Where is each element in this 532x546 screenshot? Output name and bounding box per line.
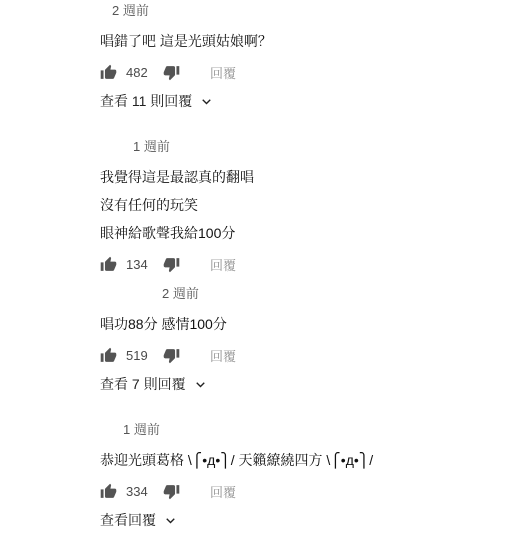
thumb-down-icon[interactable]: [163, 483, 180, 500]
thumb-down-icon[interactable]: [163, 64, 180, 81]
like-count: 519: [126, 348, 160, 363]
comment-body: 恭迎光頭葛格 \⎧•д•⎫/ 天籟繚繞四方 \⎧•д•⎫/: [100, 446, 530, 474]
reply-button[interactable]: 回覆: [210, 63, 236, 82]
comment-timestamp[interactable]: 2 週前: [162, 286, 199, 302]
like-count: 482: [126, 65, 160, 80]
comment-actions: 334 回覆: [100, 481, 530, 501]
reply-button[interactable]: 回覆: [210, 482, 236, 501]
view-replies-toggle[interactable]: 查看回覆: [100, 511, 530, 529]
view-replies-label: 查看 11 則回覆: [100, 91, 192, 111]
reply-button[interactable]: 回覆: [210, 346, 236, 365]
view-replies-label: 查看 7 則回覆: [100, 374, 186, 394]
reply-button[interactable]: 回覆: [210, 255, 236, 274]
comment: 2 週前 唱錯了吧 這是光頭姑娘啊？ 482 回覆 查看 11 則回覆: [100, 2, 530, 110]
view-replies-toggle[interactable]: 查看 11 則回覆: [100, 92, 530, 110]
chevron-down-icon: [163, 513, 178, 528]
comment-text-line: 唱錯了吧 這是光頭姑娘啊？: [100, 27, 530, 55]
comment-actions: 482 回覆: [100, 62, 530, 82]
comment-text-line: 恭迎光頭葛格 \⎧•д•⎫/ 天籟繚繞四方 \⎧•д•⎫/: [100, 446, 530, 474]
comment-body: 我覺得這是最認真的翻唱 沒有任何的玩笑 眼神給歌聲我給100分: [100, 163, 530, 247]
comment-timestamp[interactable]: 1 週前: [123, 422, 160, 438]
comment-text-line: 我覺得這是最認真的翻唱: [100, 163, 530, 191]
chevron-down-icon: [193, 377, 208, 392]
comment-text-line: 沒有任何的玩笑: [100, 191, 530, 219]
comment-body: 唱錯了吧 這是光頭姑娘啊？: [100, 27, 530, 55]
like-count: 334: [126, 484, 160, 499]
comment: 1 週前 我覺得這是最認真的翻唱 沒有任何的玩笑 眼神給歌聲我給100分 134…: [100, 138, 530, 274]
thumb-up-icon[interactable]: [100, 347, 117, 364]
thumb-down-icon[interactable]: [163, 347, 180, 364]
thumb-up-icon[interactable]: [100, 256, 117, 273]
comment-text-line: 眼神給歌聲我給100分: [100, 219, 530, 247]
comment-timestamp[interactable]: 2 週前: [112, 3, 149, 19]
view-replies-label: 查看回覆: [100, 510, 156, 530]
comment: 2 週前 唱功88分 感情100分 519 回覆 查看 7 則回覆: [100, 285, 530, 393]
comment-timestamp[interactable]: 1 週前: [133, 139, 170, 155]
thumb-up-icon[interactable]: [100, 64, 117, 81]
comment-actions: 134 回覆: [100, 254, 530, 274]
comment-body: 唱功88分 感情100分: [100, 310, 530, 338]
thumb-down-icon[interactable]: [163, 256, 180, 273]
like-count: 134: [126, 257, 160, 272]
thumb-up-icon[interactable]: [100, 483, 117, 500]
comment-text-line: 唱功88分 感情100分: [100, 310, 530, 338]
view-replies-toggle[interactable]: 查看 7 則回覆: [100, 375, 530, 393]
comment: 1 週前 恭迎光頭葛格 \⎧•д•⎫/ 天籟繚繞四方 \⎧•д•⎫/ 334 回…: [100, 421, 530, 529]
comment-actions: 519 回覆: [100, 345, 530, 365]
chevron-down-icon: [199, 94, 214, 109]
